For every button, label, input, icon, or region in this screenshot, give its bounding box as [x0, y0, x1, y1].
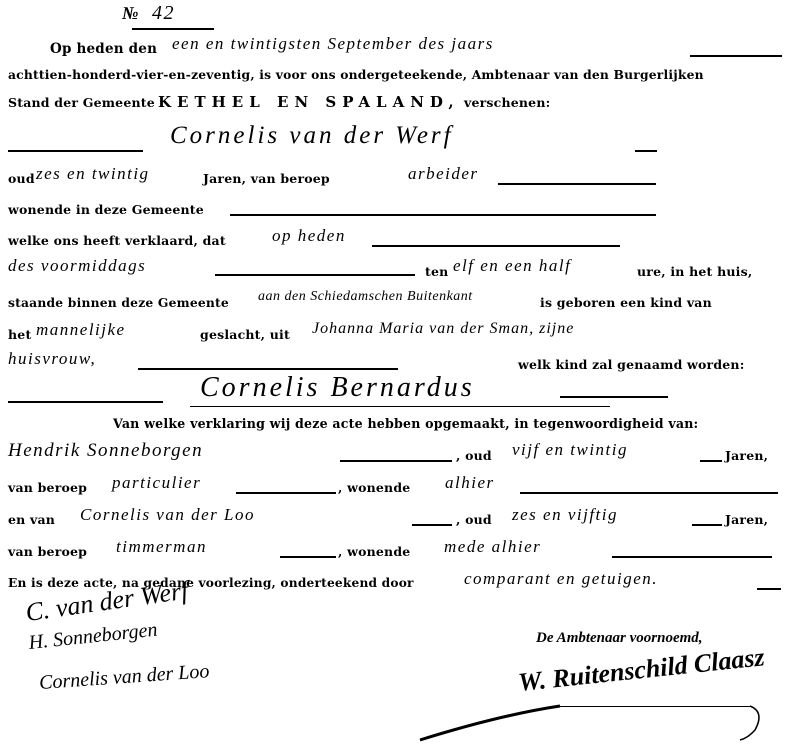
- signature-flourish-strokes: [0, 0, 800, 744]
- civil-birth-record-page: № 42 Op heden den een en twintigsten Sep…: [0, 0, 800, 744]
